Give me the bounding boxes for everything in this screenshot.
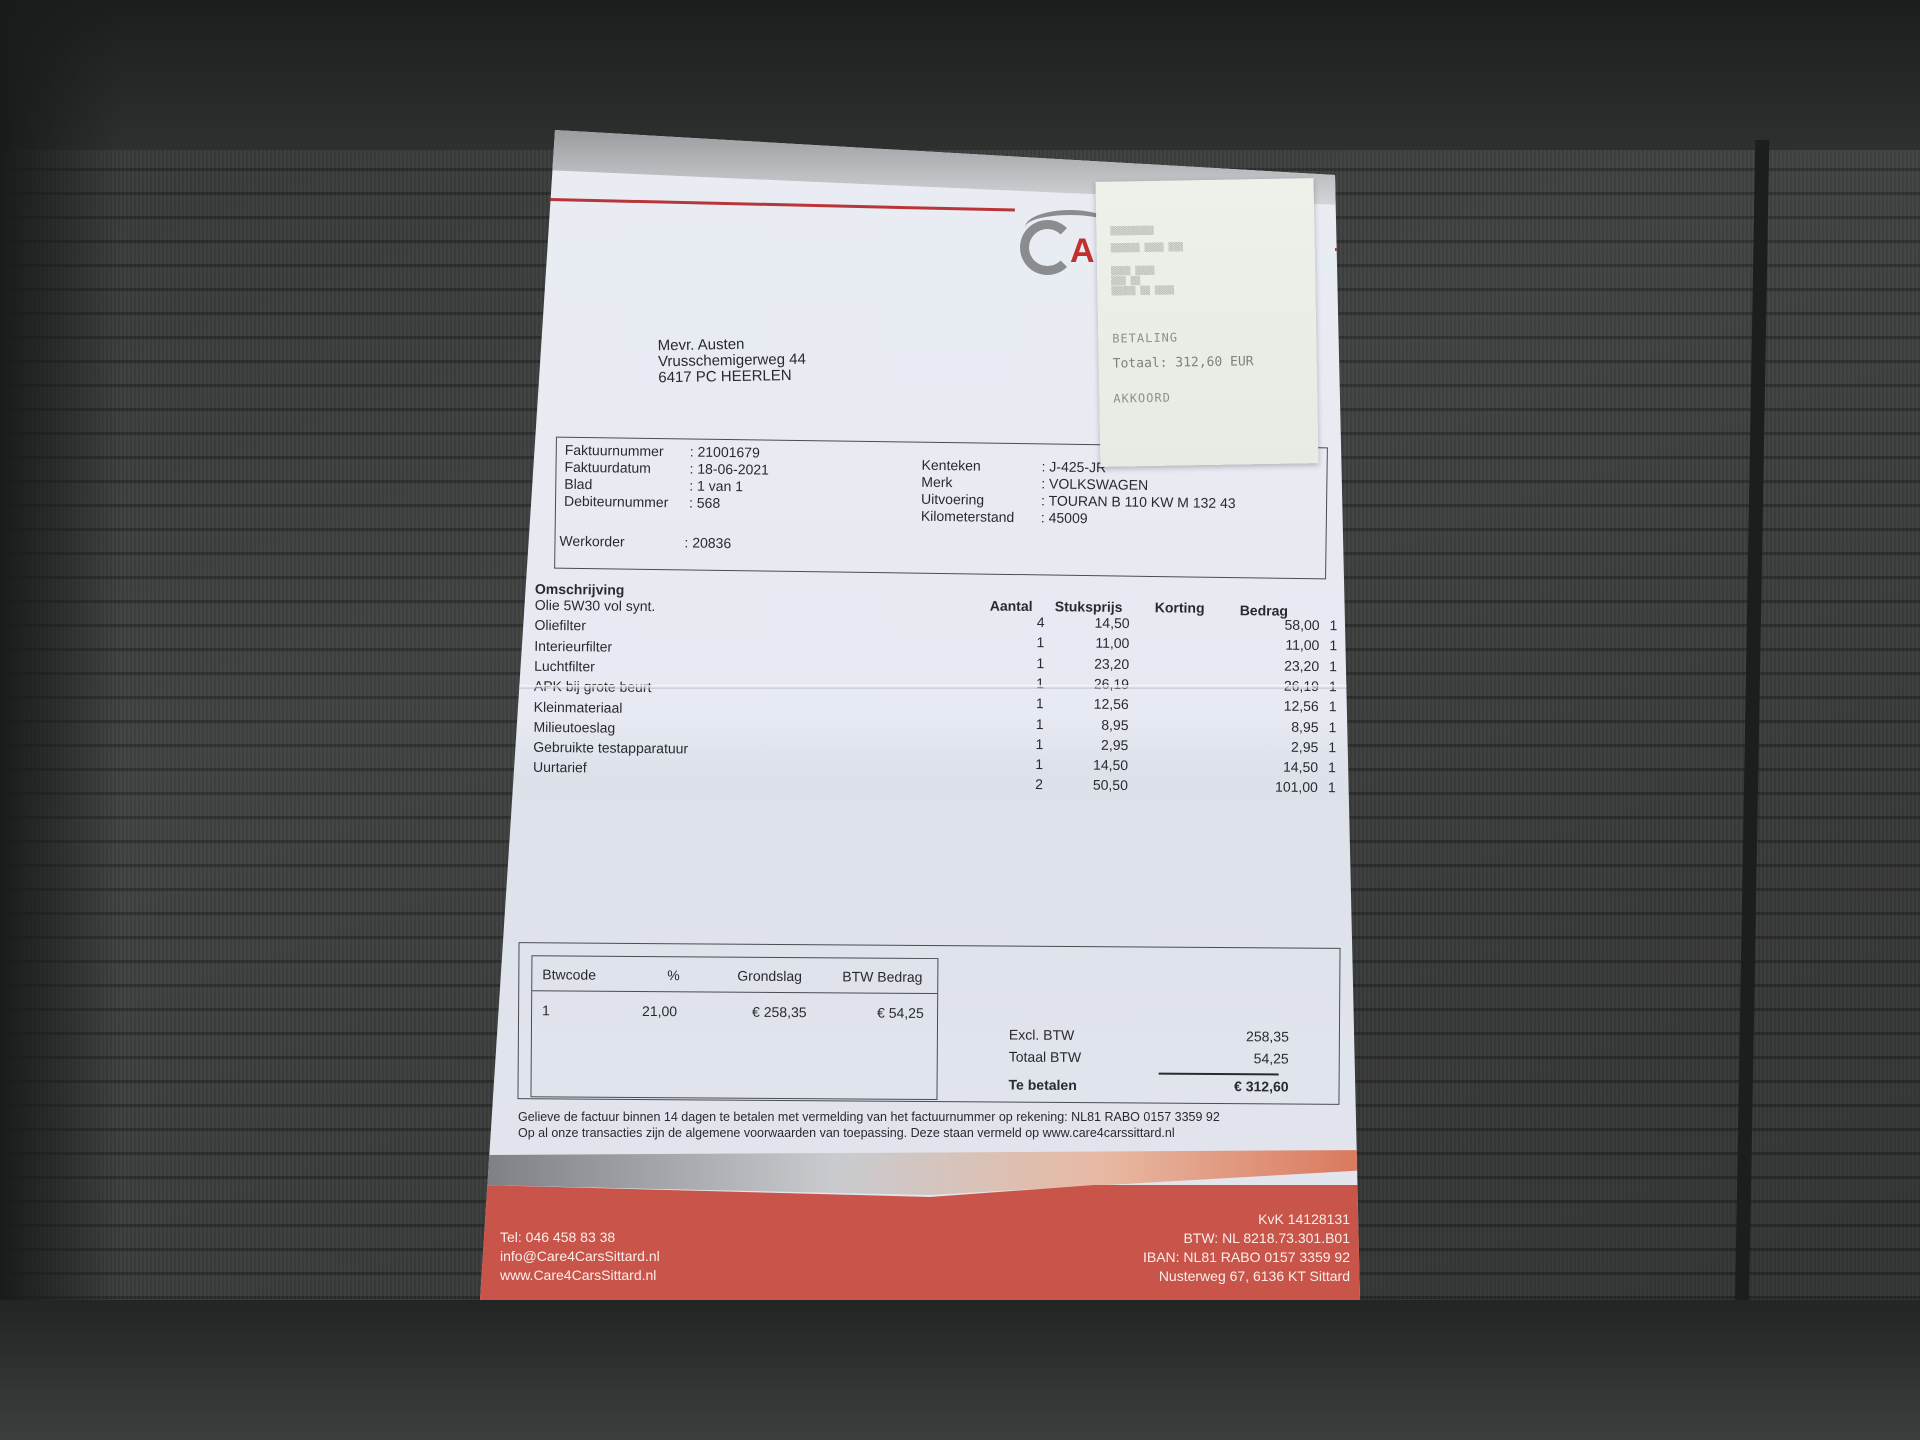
total-due: Te betalen€ 312,60 — [1009, 1077, 1289, 1095]
vat-amount: € 54,25 — [877, 1005, 924, 1021]
total-excl-vat: Excl. BTW258,35 — [1009, 1027, 1289, 1045]
col-description-header: Omschrijving — [535, 581, 625, 598]
vat-code: 1 — [542, 1002, 550, 1018]
seat-front-edge — [0, 1300, 1920, 1440]
line-items-rows: Olie 5W30 vol synt.414,5058,001Oliefilte… — [535, 581, 1335, 589]
vat-base: € 258,35 — [752, 1004, 807, 1020]
footer-kvk: KvK 14128131 — [1143, 1210, 1350, 1229]
receipt-payment-label: BETALING — [1112, 331, 1178, 346]
line-items-table: Omschrijving Aantal Stuksprijs Korting B… — [535, 581, 1335, 589]
footer-vat-number: BTW: NL 8218.73.301.B01 — [1143, 1229, 1350, 1248]
receipt-status: AKKOORD — [1113, 391, 1171, 406]
logo-letter: A — [1070, 232, 1095, 271]
item-description: Oliefilter — [534, 617, 586, 634]
item-unit-price: 50,50 — [1053, 777, 1128, 794]
paper-fold — [480, 685, 1370, 689]
vat-table: Btwcode % Grondslag BTW Bedrag 1 21,00 €… — [530, 955, 938, 1100]
info-page: Blad: 1 van 1 — [564, 476, 743, 494]
footer-address: Nusterweg 67, 6136 KT Sittard — [1143, 1267, 1350, 1286]
info-debtor-number: Debiteurnummer: 568 — [564, 493, 720, 511]
totals-box: Btwcode % Grondslag BTW Bedrag 1 21,00 €… — [517, 942, 1340, 1105]
footer-phone: Tel: 046 458 83 38 — [500, 1228, 660, 1247]
receipt-total: Totaal: 312,60 EUR — [1113, 354, 1254, 371]
payment-note: Gelieve de factuur binnen 14 dagen te be… — [518, 1110, 1220, 1124]
footer-company-info: KvK 14128131 BTW: NL 8218.73.301.B01 IBA… — [1143, 1210, 1350, 1286]
recipient-address: Mevr. Austen Vrusschemigerweg 44 6417 PC… — [658, 336, 807, 387]
item-description: Olie 5W30 vol synt. — [535, 597, 656, 614]
receipt-faded-line: ▒▒▒▒▒▒▒▒▒ — [1110, 226, 1154, 236]
receipt-faded-line: ▒▒▒ ▒▒ — [1111, 276, 1140, 286]
footer-contact: Tel: 046 458 83 38 info@Care4CarsSittard… — [500, 1228, 660, 1285]
item-quantity: 2 — [1003, 776, 1043, 792]
seat-shadow — [0, 0, 120, 1440]
total-vat: Totaal BTW54,25 — [1009, 1049, 1289, 1067]
info-work-order: Werkorder: 20836 — [559, 533, 731, 551]
item-description: Gebruikte testapparatuur — [533, 739, 688, 757]
info-invoice-date: Faktuurdatum: 18-06-2021 — [564, 459, 769, 478]
receipt-faded-line: ▒▒▒▒▒ ▒▒ ▒▒▒▒ — [1111, 286, 1174, 296]
seat-seam — [1735, 140, 1770, 1320]
info-mileage: Kilometerstand: 45009 — [921, 508, 1088, 526]
terms-note: Op al onze transacties zijn de algemene … — [518, 1126, 1175, 1140]
seat-backrest — [0, 0, 1920, 150]
receipt-faded-line: ▒▒▒▒ ▒▒▒▒ — [1111, 266, 1155, 276]
item-description: Uurtarief — [533, 759, 587, 776]
item-description: Interieurfilter — [534, 637, 612, 654]
info-brand: Merk: VOLKSWAGEN — [921, 474, 1148, 493]
receipt-faded-line: ▒▒▒▒▒▒ ▒▒▒▒ ▒▒▒ — [1111, 242, 1183, 252]
item-amount: 101,00 — [1223, 778, 1318, 795]
vat-table-header: Btwcode % Grondslag BTW Bedrag — [532, 956, 937, 994]
header-red-line — [550, 198, 1015, 212]
item-description: Luchtfilter — [534, 658, 595, 675]
info-invoice-number: Faktuurnummer: 21001679 — [565, 442, 760, 461]
vat-percent: 21,00 — [642, 1003, 677, 1019]
footer: Tel: 046 458 83 38 info@Care4CarsSittard… — [480, 1150, 1370, 1300]
info-license-plate: Kenteken: J-425-JR — [921, 457, 1106, 476]
header-red-line-right — [1335, 248, 1375, 251]
sum-divider — [1159, 1073, 1279, 1075]
logo-c-icon — [1020, 220, 1075, 275]
recipient-city: 6417 PC HEERLEN — [658, 368, 806, 387]
item-vat-code: 1 — [1328, 780, 1336, 796]
footer-website: www.Care4CarsSittard.nl — [500, 1266, 660, 1285]
footer-iban: IBAN: NL81 RABO 0157 3359 92 — [1143, 1248, 1350, 1267]
item-description: Kleinmateriaal — [534, 698, 623, 715]
footer-email: info@Care4CarsSittard.nl — [500, 1247, 660, 1266]
item-description: Milieutoeslag — [533, 719, 615, 736]
payment-receipt: ▒▒▒▒▒▒▒▒▒ ▒▒▒▒▒▒ ▒▒▒▒ ▒▒▒ ▒▒▒▒ ▒▒▒▒ ▒▒▒ … — [1096, 178, 1319, 467]
